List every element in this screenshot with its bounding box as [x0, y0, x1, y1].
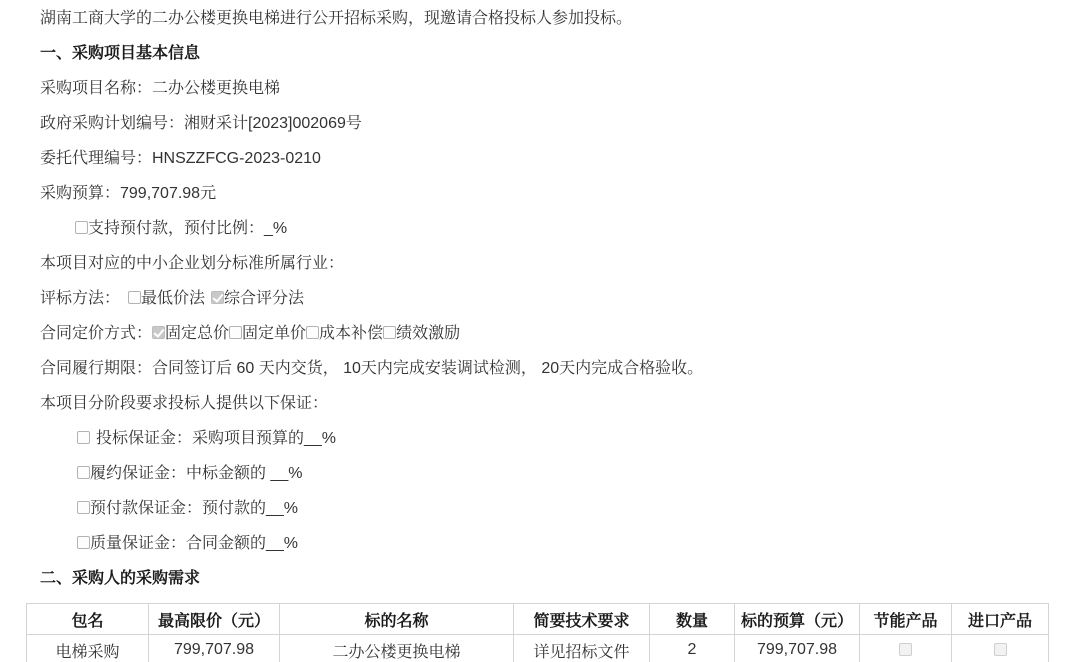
- bid-guarantee-checkbox-icon: [77, 431, 90, 444]
- header-subject-budget: 标的预算（元）: [735, 604, 860, 635]
- cell-tech-requirement: 详见招标文件: [514, 635, 650, 662]
- performance-guarantee-line: 履约保证金：中标金额的 __%: [40, 463, 1047, 485]
- plan-number-line: 政府采购计划编号：湘财采计[2023]002069号: [40, 113, 1047, 135]
- prepayment-guarantee-label: 预付款保证金：预付款的__%: [90, 500, 298, 517]
- quality-guarantee-line: 质量保证金：合同金额的__%: [40, 533, 1047, 555]
- header-energy-saving: 节能产品: [860, 604, 952, 635]
- comprehensive-scoring-label: 综合评分法: [224, 290, 304, 307]
- evaluation-method-label: 评标方法：: [40, 290, 120, 307]
- prepayment-guarantee-checkbox-icon: [77, 501, 90, 514]
- table-header-row: 包名 最高限价（元） 标的名称 简要技术要求 数量 标的预算（元） 节能产品 进…: [27, 604, 1049, 635]
- import-product-checkbox-icon: [994, 643, 1007, 656]
- prepayment-label: 支持预付款，预付比例：_%: [88, 220, 287, 237]
- contract-pricing-label: 合同定价方式：: [40, 325, 152, 342]
- cell-import-product: [952, 635, 1049, 662]
- performance-period-line: 合同履行期限：合同签订后 60 天内交货， 10天内完成安装调试检测， 20天内…: [40, 358, 1047, 380]
- section-basic-info-heading: 一、采购项目基本信息: [40, 43, 1047, 65]
- section-requirements-heading: 二、采购人的采购需求: [40, 568, 1047, 590]
- contract-pricing-line: 合同定价方式：固定总价固定单价成本补偿绩效激励: [40, 323, 1047, 345]
- lowest-price-method-checkbox-icon: [128, 291, 141, 304]
- project-name-line: 采购项目名称：二办公楼更换电梯: [40, 78, 1047, 100]
- fixed-total-price-checkbox-icon: [152, 326, 165, 339]
- performance-incentive-label: 绩效激励: [396, 325, 460, 342]
- cell-energy-saving: [860, 635, 952, 662]
- header-import-product: 进口产品: [952, 604, 1049, 635]
- cost-compensation-checkbox-icon: [306, 326, 319, 339]
- bid-guarantee-line: 投标保证金：采购项目预算的__%: [40, 428, 1047, 450]
- industry-line: 本项目对应的中小企业划分标准所属行业：: [40, 253, 1047, 275]
- fixed-unit-price-label: 固定单价: [242, 325, 306, 342]
- header-subject-name: 标的名称: [280, 604, 514, 635]
- bid-guarantee-label: 投标保证金：采购项目预算的__%: [96, 430, 336, 447]
- intro-paragraph: 湖南工商大学的二办公楼更换电梯进行公开招标采购，现邀请合格投标人参加投标。: [40, 8, 1047, 30]
- prepayment-checkbox-icon: [75, 221, 88, 234]
- announcement-body: 湖南工商大学的二办公楼更换电梯进行公开招标采购，现邀请合格投标人参加投标。 一、…: [0, 0, 1073, 590]
- header-max-price: 最高限价（元）: [149, 604, 280, 635]
- header-tech-requirement: 简要技术要求: [514, 604, 650, 635]
- prepayment-guarantee-line: 预付款保证金：预付款的__%: [40, 498, 1047, 520]
- cell-subject-name: 二办公楼更换电梯: [280, 635, 514, 662]
- agency-number-line: 委托代理编号：HNSZZFCG-2023-0210: [40, 148, 1047, 170]
- cell-subject-budget: 799,707.98: [735, 635, 860, 662]
- guarantee-intro-line: 本项目分阶段要求投标人提供以下保证：: [40, 393, 1047, 415]
- cell-max-price: 799,707.98: [149, 635, 280, 662]
- energy-saving-checkbox-icon: [899, 643, 912, 656]
- prepayment-line: 支持预付款，预付比例：_%: [40, 218, 1047, 240]
- quality-guarantee-checkbox-icon: [77, 536, 90, 549]
- header-package-name: 包名: [27, 604, 149, 635]
- performance-guarantee-checkbox-icon: [77, 466, 90, 479]
- fixed-total-price-label: 固定总价: [165, 325, 229, 342]
- comprehensive-scoring-checkbox-icon: [211, 291, 224, 304]
- lowest-price-method-label: 最低价法: [141, 290, 205, 307]
- table-row: 电梯采购 799,707.98 二办公楼更换电梯 详见招标文件 2 799,70…: [27, 635, 1049, 662]
- header-quantity: 数量: [650, 604, 735, 635]
- quality-guarantee-label: 质量保证金：合同金额的__%: [90, 535, 298, 552]
- fixed-unit-price-checkbox-icon: [229, 326, 242, 339]
- cell-quantity: 2: [650, 635, 735, 662]
- budget-line: 采购预算：799,707.98元: [40, 183, 1047, 205]
- evaluation-method-line: 评标方法：最低价法综合评分法: [40, 288, 1047, 310]
- performance-incentive-checkbox-icon: [383, 326, 396, 339]
- procurement-requirements-table: 包名 最高限价（元） 标的名称 简要技术要求 数量 标的预算（元） 节能产品 进…: [26, 603, 1049, 662]
- performance-guarantee-label: 履约保证金：中标金额的 __%: [90, 465, 302, 482]
- cell-package-name: 电梯采购: [27, 635, 149, 662]
- cost-compensation-label: 成本补偿: [319, 325, 383, 342]
